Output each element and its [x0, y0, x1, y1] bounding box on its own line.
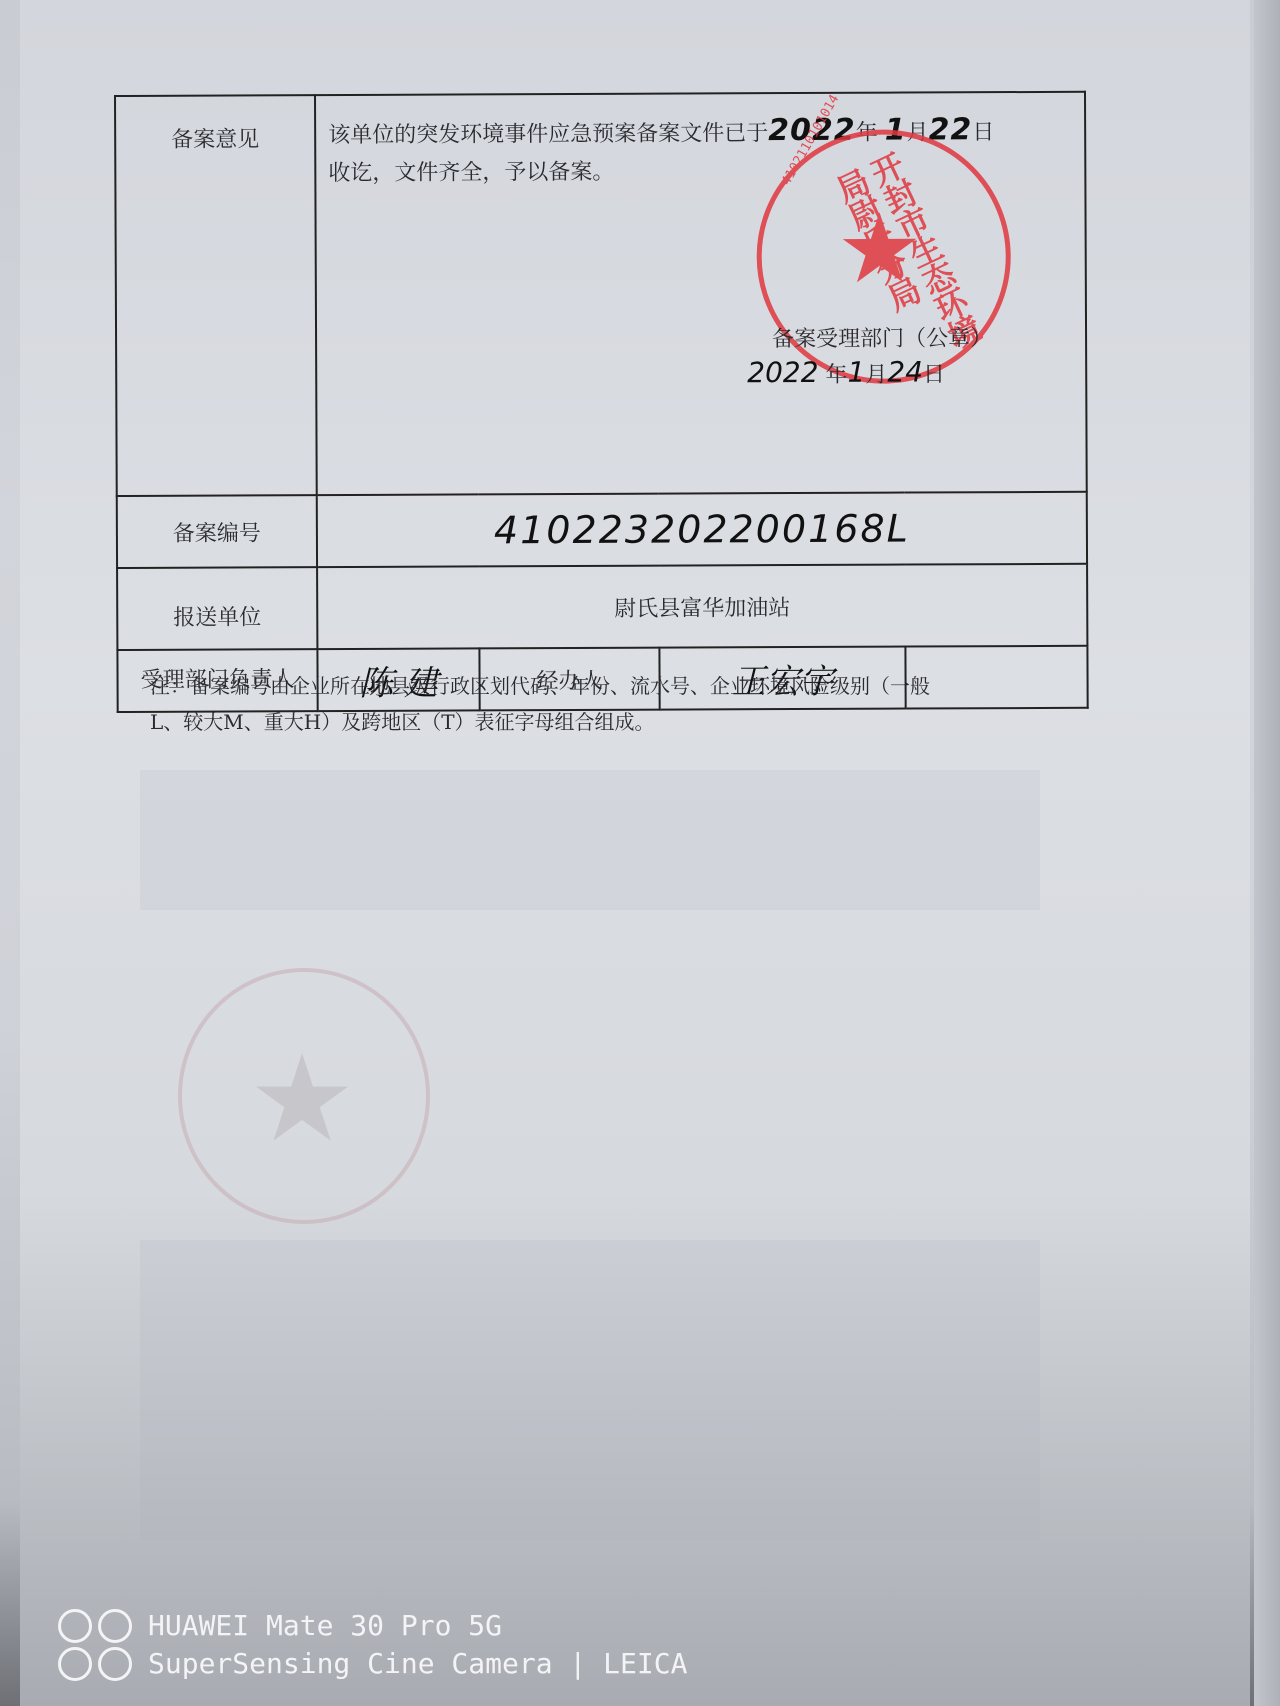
footnote: 注：备案编号由企业所在地县级行政区划代码、年份、流水号、企业环境风险级别（一般 …	[150, 668, 1080, 740]
filing-form-table: 备案意见 该单位的突发环境事件应急预案备案文件已于2022年 1月22日 收讫，…	[114, 91, 1089, 713]
opinion-cell: 该单位的突发环境事件应急预案备案文件已于2022年 1月22日 收讫，文件齐全，…	[315, 92, 1087, 495]
bleed-through-seal: ★	[178, 968, 430, 1224]
footnote-line1: 注：备案编号由企业所在地县级行政区划代码、年份、流水号、企业环境风险级别（一般	[150, 668, 1080, 704]
filing-number-value: 410223202200168L	[494, 507, 910, 553]
bleed-through-text	[140, 770, 1040, 910]
star-icon: ★	[242, 1030, 362, 1169]
seal-date: 2022 年1月24日	[747, 353, 945, 395]
watermark-line2: SuperSensing Cine Camera | LEICA	[148, 1645, 687, 1683]
bleed-through-table	[140, 1240, 1040, 1540]
filing-number-label-cell: 备案编号	[117, 495, 317, 568]
footnote-line2: L、较大M、重大H）及跨地区（T）表征字母组合组成。	[150, 704, 1080, 740]
row-submitting-unit: 报送单位 尉氏县富华加油站	[117, 564, 1087, 650]
page-edge	[1254, 0, 1280, 1706]
opinion-label-cell: 备案意见	[115, 95, 317, 496]
filing-number-label: 备案编号	[173, 516, 261, 547]
watermark-line1: HUAWEI Mate 30 Pro 5G	[148, 1607, 502, 1645]
submitting-unit-cell: 尉氏县富华加油站	[317, 564, 1087, 649]
row-opinion: 备案意见 该单位的突发环境事件应急预案备案文件已于2022年 1月22日 收讫，…	[115, 92, 1087, 496]
submitting-unit-label: 报送单位	[173, 600, 261, 631]
camera-rings-icon	[58, 1609, 132, 1643]
submitting-unit-label-cell: 报送单位	[117, 567, 317, 650]
opinion-label: 备案意见	[171, 122, 259, 153]
filing-number-cell: 410223202200168L	[317, 492, 1087, 567]
camera-rings-icon	[58, 1647, 132, 1681]
row-filing-number: 备案编号 410223202200168L	[117, 492, 1087, 568]
submitting-unit-value: 尉氏县富华加油站	[614, 596, 790, 622]
star-icon: ★	[829, 198, 929, 298]
camera-watermark: HUAWEI Mate 30 Pro 5G SuperSensing Cine …	[58, 1607, 687, 1683]
opinion-line1: 该单位的突发环境事件应急预案备案文件已于2022年 1月22日	[328, 111, 1072, 155]
